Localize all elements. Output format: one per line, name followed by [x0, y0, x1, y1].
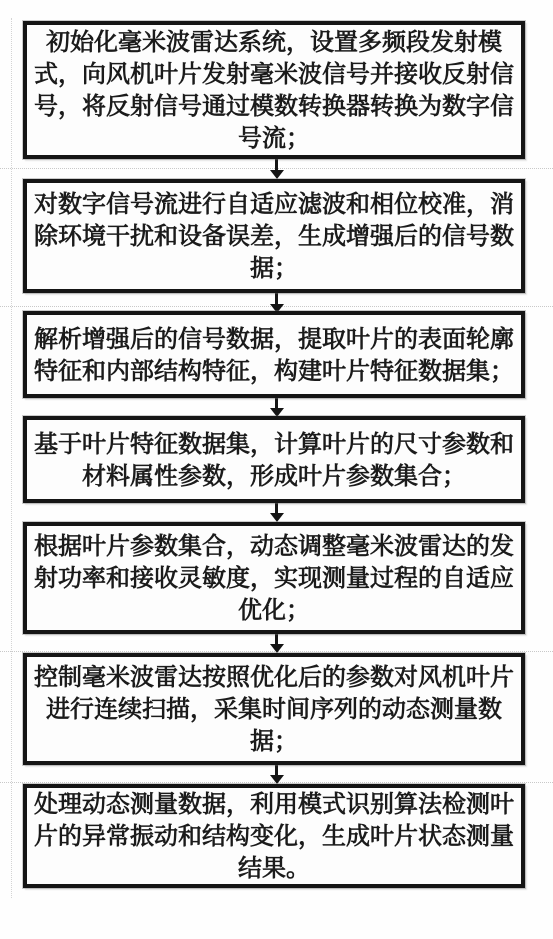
down-arrow-icon	[270, 502, 284, 522]
down-arrow-icon	[270, 293, 284, 313]
scan-noise-vline	[11, 18, 12, 898]
step-text-7: 处理动态测量数据，利用模式识别算法检测叶 片的异常振动和结构变化，生成叶片状态测…	[27, 788, 521, 884]
step-text-4: 基于叶片特征数据集，计算叶片的尺寸参数和 材料属性参数，形成叶片参数集合；	[27, 428, 521, 492]
arrow-stem	[275, 159, 278, 170]
process-step-box-6: 控制毫米波雷达按照优化后的参数对风机叶片 进行连续扫描，采集时间序列的动态测量数…	[23, 653, 525, 765]
arrow-head-icon	[270, 513, 284, 522]
step-text-5: 根据叶片参数集合，动态调整毫米波雷达的发 射功率和接收灵敏度，实现测量过程的自适…	[27, 530, 521, 626]
process-step-box-3: 解析增强后的信号数据，提取叶片的表面轮廓 特征和内部结构特征，构建叶片特征数据集…	[23, 311, 525, 398]
flowchart-figure: 初始化毫米波雷达系统，设置多频段发射模 式，向风机叶片发射毫米波信号并接收反射信…	[0, 0, 553, 939]
down-arrow-icon	[270, 633, 284, 653]
down-arrow-icon	[270, 159, 284, 179]
arrow-stem	[275, 293, 278, 304]
arrow-stem	[275, 633, 278, 644]
arrow-head-icon	[270, 170, 284, 179]
step-text-6: 控制毫米波雷达按照优化后的参数对风机叶片 进行连续扫描，采集时间序列的动态测量数…	[27, 661, 521, 757]
arrow-stem	[275, 764, 278, 775]
arrow-stem	[275, 397, 278, 408]
process-step-box-5: 根据叶片参数集合，动态调整毫米波雷达的发 射功率和接收灵敏度，实现测量过程的自适…	[23, 522, 525, 634]
process-step-box-1: 初始化毫米波雷达系统，设置多频段发射模 式，向风机叶片发射毫米波信号并接收反射信…	[23, 21, 525, 159]
process-step-box-7: 处理动态测量数据，利用模式识别算法检测叶 片的异常振动和结构变化，生成叶片状态测…	[23, 784, 525, 888]
step-text-1: 初始化毫米波雷达系统，设置多频段发射模 式，向风机叶片发射毫米波信号并接收反射信…	[27, 26, 521, 154]
down-arrow-icon	[270, 397, 284, 417]
arrow-stem	[275, 502, 278, 513]
step-text-2: 对数字信号流进行自适应滤波和相位校准，消 除环境干扰和设备误差，生成增强后的信号…	[27, 188, 521, 284]
arrow-head-icon	[270, 775, 284, 784]
step-text-3: 解析增强后的信号数据，提取叶片的表面轮廓 特征和内部结构特征，构建叶片特征数据集…	[27, 323, 521, 387]
process-step-box-4: 基于叶片特征数据集，计算叶片的尺寸参数和 材料属性参数，形成叶片参数集合；	[23, 416, 525, 503]
arrow-head-icon	[270, 644, 284, 653]
down-arrow-icon	[270, 764, 284, 784]
process-step-box-2: 对数字信号流进行自适应滤波和相位校准，消 除环境干扰和设备误差，生成增强后的信号…	[23, 179, 525, 293]
